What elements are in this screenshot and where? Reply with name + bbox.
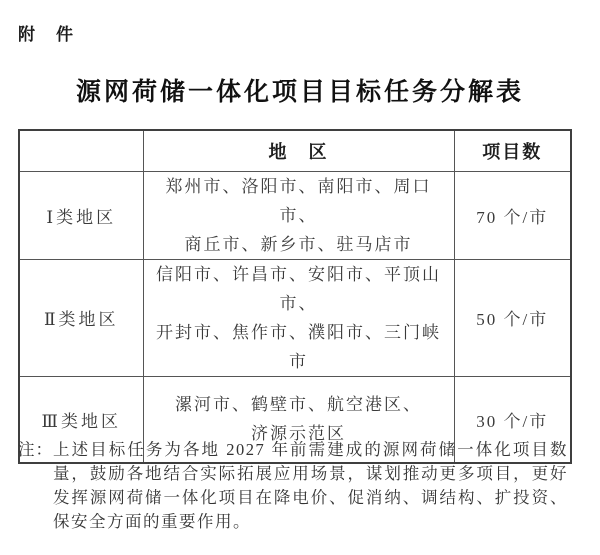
- project-count-cell: 70 个/市: [454, 171, 571, 259]
- header-count-column: 项目数: [454, 130, 571, 171]
- page-title: 源网荷储一体化项目目标任务分解表: [0, 72, 600, 108]
- header-class-column: [19, 130, 143, 171]
- attachment-label: 附 件: [18, 20, 75, 45]
- region-class-cell: Ⅰ类地区: [19, 171, 143, 259]
- region-cities-cell: 郑州市、洛阳市、南阳市、周口市、 商丘市、新乡市、驻马店市: [143, 171, 454, 259]
- region-class-cell: Ⅱ类地区: [19, 259, 143, 376]
- footnote: 注： 上述目标任务为各地 2027 年前需建成的源网荷储一体化项目数量，鼓励各地…: [18, 438, 568, 534]
- table-row: Ⅰ类地区 郑州市、洛阳市、南阳市、周口市、 商丘市、新乡市、驻马店市 70 个/…: [19, 171, 571, 259]
- document-page: 附 件 源网荷储一体化项目目标任务分解表 地 区 项目数 Ⅰ类地区 郑州市、洛阳…: [0, 0, 600, 555]
- table-header-row: 地 区 项目数: [19, 130, 571, 171]
- region-cities-cell: 信阳市、许昌市、安阳市、平顶山市、 开封市、焦作市、濮阳市、三门峡市: [143, 259, 454, 376]
- target-task-table: 地 区 项目数 Ⅰ类地区 郑州市、洛阳市、南阳市、周口市、 商丘市、新乡市、驻马…: [18, 129, 572, 464]
- table-row: Ⅱ类地区 信阳市、许昌市、安阳市、平顶山市、 开封市、焦作市、濮阳市、三门峡市 …: [19, 259, 571, 376]
- footnote-label: 注：: [18, 438, 53, 462]
- footnote-text: 上述目标任务为各地 2027 年前需建成的源网荷储一体化项目数量，鼓励各地结合实…: [53, 440, 568, 531]
- project-count-cell: 50 个/市: [454, 259, 571, 376]
- header-region-column: 地 区: [143, 130, 454, 171]
